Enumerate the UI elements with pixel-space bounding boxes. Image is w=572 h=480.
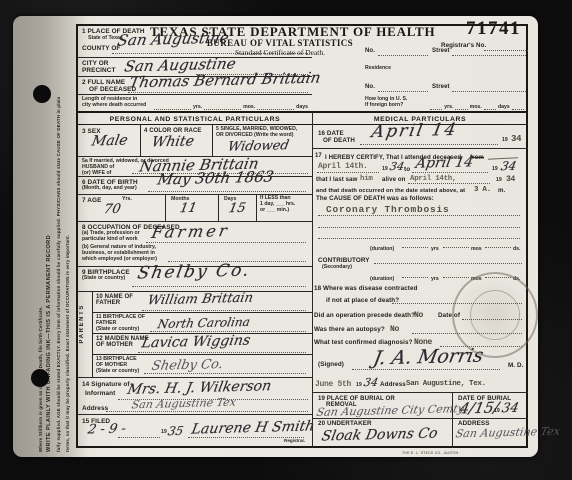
sign-year-prefix: 19 — [356, 383, 362, 389]
occupation-a-label-2: particular kind of work — [82, 237, 138, 243]
father-bp-label-3: (State or country) — [96, 327, 139, 333]
informant-label-2: Informant — [85, 390, 115, 397]
county-of-label: COUNTY OF — [82, 45, 120, 52]
death-time-typed: 3 A. — [474, 186, 491, 194]
days-label-2: days — [498, 104, 510, 110]
autopsy-label: Was there an autopsy? — [314, 327, 385, 334]
to-year-handwritten: 34 — [500, 159, 518, 173]
informant-address-value: San Augustine Tex — [131, 396, 238, 412]
sign-date-typed: June 5th — [315, 380, 351, 389]
lastsaw-year-typed: 34 — [506, 175, 515, 184]
dotted-line — [132, 285, 306, 287]
informant-address-label: Address — [82, 405, 108, 412]
ifless-label-3: or ___ min.) — [260, 208, 289, 214]
marital-value-handwritten: Widowed — [226, 138, 290, 155]
howlong-us-label-2: If foreign born? — [365, 103, 403, 109]
title-line-2: BUREAU OF VITAL STATISTICS — [150, 38, 410, 48]
cell-divider — [165, 194, 166, 221]
registrar-label: Registrar. — [284, 438, 305, 443]
dotted-line — [484, 49, 528, 51]
dotted-blank — [402, 246, 428, 248]
occupation-b-label-3: which employed (or employer) — [82, 257, 157, 263]
dotted-blank — [455, 108, 467, 110]
residence-length-blanks: yrs. mos. days — [152, 102, 308, 110]
father-name-label-2: FATHER — [96, 300, 120, 307]
scanned-death-certificate: Where Stillborn is given as cause of Dea… — [0, 0, 572, 480]
precinct-label: PRECINCT — [82, 67, 115, 74]
to-label: to — [404, 166, 410, 173]
column-divider — [312, 111, 313, 448]
dotted-line — [150, 330, 306, 332]
no-label-2: No. — [365, 84, 375, 91]
city-or-label: CITY OR — [82, 60, 109, 67]
mother-bp-label-3: (State or country) — [96, 369, 139, 375]
attended-to-handwritten: April 14 — [414, 154, 474, 171]
rule — [78, 94, 312, 95]
rule — [92, 312, 312, 313]
occupation-value-handwritten: Farmer — [150, 221, 231, 242]
lastsaw-text-b: alive on — [382, 177, 406, 184]
dotted-line — [138, 351, 306, 353]
burial-year-prefix: 19 — [494, 409, 500, 415]
rule — [312, 148, 528, 149]
cell-divider — [140, 125, 141, 156]
dotted-line — [318, 226, 520, 228]
age-days-value: 15 — [228, 201, 247, 216]
dotted-blank — [402, 276, 428, 278]
rule — [78, 414, 312, 415]
sex-value-handwritten: Male — [90, 133, 129, 150]
registrar-signature: Laurene H Smith — [190, 418, 316, 437]
dotted-blank — [154, 108, 191, 110]
duration-label-2: (duration) — [370, 277, 394, 283]
certify-number: 17 — [315, 153, 322, 160]
where-contracted-sublabel: if not at place of death? — [326, 298, 399, 305]
fullname-label-1: 2 FULL NAME — [82, 79, 125, 86]
signed-label: (Signed) — [318, 362, 344, 369]
parents-vertical-label: PARENTS — [79, 304, 91, 366]
birthplace-sublabel: (State or country) — [82, 276, 125, 282]
howlong-us-blanks: yrs. mos. days — [428, 102, 526, 110]
burial-year-handwritten: 34 — [501, 401, 520, 416]
operation-label: Did an operation precede death? — [314, 313, 415, 320]
dotted-line — [146, 241, 306, 243]
duration-label-1: (duration) — [370, 247, 394, 253]
dotted-line — [318, 214, 520, 216]
no-label: No. — [365, 48, 375, 55]
dotted-line — [352, 368, 500, 370]
rule — [92, 354, 312, 355]
dotted-line — [412, 171, 488, 173]
days-label: days — [296, 104, 308, 110]
margin-line-4: terms, so that it may be properly classi… — [63, 28, 72, 452]
father-name-value: William Brittain — [146, 291, 254, 309]
yrs-label-2: yrs. — [444, 104, 453, 110]
duration-mos-1: mos — [471, 247, 482, 253]
dotted-blank — [257, 108, 294, 110]
dotted-blank — [443, 246, 469, 248]
lastsaw-text-a: that I last saw — [316, 177, 357, 184]
printer-imprint: THE E. L. STECK CO., AUSTIN — [402, 451, 458, 455]
age-label: 7 AGE — [82, 197, 101, 204]
dotted-line — [144, 372, 306, 374]
dotted-line — [378, 54, 428, 56]
undertaker-address-handwritten: San Augustine Tex — [455, 425, 562, 441]
sign-address-label: Address — [380, 382, 406, 389]
dotted-blank — [484, 108, 496, 110]
duration-yrs-1: yrs — [431, 247, 439, 253]
filing-stamp-inner-ring — [470, 290, 520, 340]
dotted-line — [148, 190, 306, 192]
rule — [312, 418, 528, 419]
yrs-label: yrs. — [193, 104, 202, 110]
dotted-blank — [443, 276, 469, 278]
cell-divider — [256, 194, 257, 221]
filed-year-prefix: 19 — [161, 430, 167, 436]
dotted-blank — [512, 108, 524, 110]
certificate-number: 71741 — [466, 18, 521, 40]
dotted-blank — [485, 246, 511, 248]
sign-year-handwritten: 34 — [363, 376, 379, 389]
informant-label-1: 14 Signature of — [82, 381, 130, 388]
dotted-line — [317, 171, 379, 173]
dod-label-2: OF DEATH — [323, 138, 355, 145]
him-typed: him — [360, 175, 373, 183]
cell-divider — [212, 125, 213, 156]
dotted-line — [128, 91, 308, 93]
dotted-blank — [430, 108, 442, 110]
dotted-line — [374, 262, 522, 264]
dod-value-handwritten: April 14 — [370, 120, 459, 142]
attended-from-typed: April 14th. — [318, 162, 368, 171]
dotted-line — [378, 90, 428, 92]
mother-name-value: Lavica Wiggins — [140, 333, 251, 352]
md-label: M. D. — [508, 363, 524, 370]
mos-label: mos. — [243, 104, 255, 110]
dotted-line — [106, 410, 308, 412]
mother-name-label-2: OF MOTHER — [96, 342, 133, 349]
residence-length-label-2: city where death occurred — [82, 103, 146, 109]
father-bp-value: North Carolina — [156, 315, 251, 331]
duration-yrs-2: yrs — [431, 277, 439, 283]
age-months-value: 11 — [179, 201, 198, 216]
color-race-value-handwritten: White — [150, 133, 195, 150]
operation-value-typed: No — [414, 311, 423, 320]
dotted-blank — [204, 108, 241, 110]
parents-cell-divider — [92, 291, 93, 377]
from-year-prefix: 19 — [382, 167, 388, 173]
age-yrs-value: 70 — [103, 202, 122, 217]
mos-label-2: mos. — [470, 104, 482, 110]
death-occurred-text: and that death occurred on the date stat… — [316, 188, 465, 194]
hole-punch-top — [33, 85, 51, 103]
to-year-prefix: 19 — [492, 167, 498, 173]
street-label-2: Street — [432, 84, 450, 91]
cause-of-death-label: The CAUSE OF DEATH was as follows: — [316, 196, 434, 203]
street-label: Street — [432, 48, 450, 55]
meridiem-label: m. — [498, 188, 505, 195]
sign-address-typed: San Augustine, Tex. — [406, 380, 486, 388]
dotted-line — [360, 143, 498, 145]
filed-year-handwritten: 35 — [167, 424, 185, 438]
where-contracted-label: 18 Where was disease contracted — [314, 286, 418, 293]
dob-sublabel: (Month, day, and year) — [82, 186, 137, 192]
undertaker-value-handwritten: Sloak Downs Co — [320, 425, 439, 444]
dod-year-typed: 34 — [511, 134, 521, 144]
dotted-line — [452, 90, 526, 92]
rule — [78, 377, 312, 378]
margin-line-3: fully supplied. AGE should be stated EXA… — [54, 28, 63, 452]
contributory-sublabel: (Secondary) — [322, 265, 352, 271]
lastsaw-year-prefix: 19 — [496, 178, 502, 184]
dotted-line — [318, 237, 520, 239]
cell-divider — [452, 418, 453, 448]
age-yrs-label: Yrs. — [122, 197, 132, 203]
dotted-line — [452, 54, 526, 56]
duration-ds-1: ds. — [513, 247, 521, 253]
residence-label: Residence — [365, 66, 391, 72]
autopsy-value-typed: No — [390, 325, 399, 334]
birthplace-value-handwritten: Shelby Co. — [136, 261, 253, 284]
rule — [312, 392, 528, 393]
dotted-line — [142, 309, 306, 311]
dotted-line — [408, 182, 490, 184]
hole-punch-bottom — [31, 369, 49, 387]
dob-value-handwritten: May 30th 1863 — [156, 167, 275, 188]
cell-divider — [218, 194, 219, 221]
dotted-line — [118, 436, 160, 438]
dod-year-prefix: 19 — [502, 138, 508, 144]
personal-section-band: PERSONAL AND STATISTICAL PARTICULARS — [78, 111, 312, 125]
from-year-handwritten: 34 — [389, 160, 405, 173]
